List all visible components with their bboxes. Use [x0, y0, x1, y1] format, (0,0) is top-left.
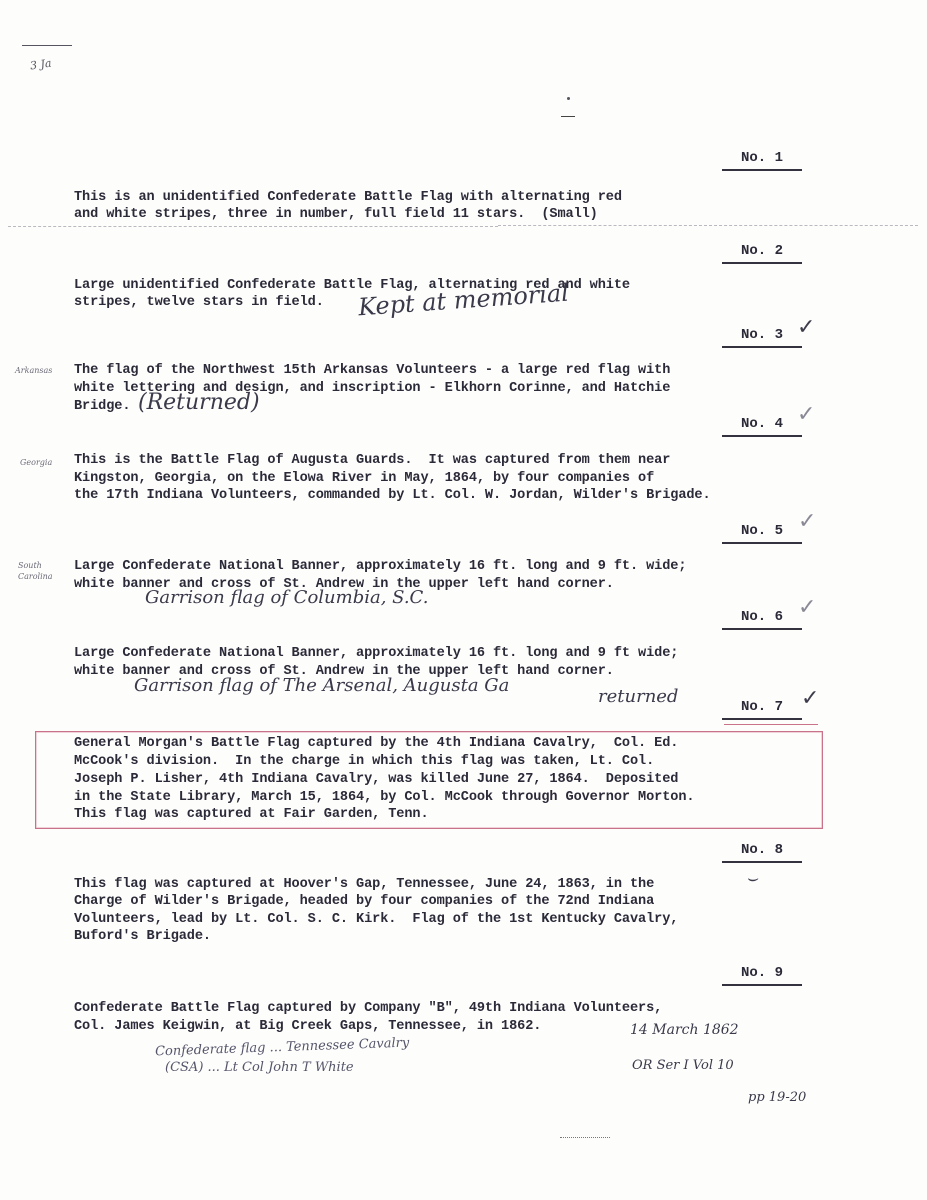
entry-3-handwritten-note: (Returned): [138, 390, 260, 415]
entry-2-line-2: stripes, twelve stars in field.: [74, 294, 324, 312]
entry-4-line-3: the 17th Indiana Volunteers, commanded b…: [74, 487, 711, 505]
entry-7-line-2: McCook's division. In the charge in whic…: [74, 753, 654, 771]
entry-5-handwritten-note: Garrison flag of Columbia, S.C.: [145, 587, 428, 608]
entry-6-handwritten-note-2: returned: [598, 686, 678, 707]
entry-9-handwritten-note: Confederate flag ... Tennessee Cavalry: [155, 1036, 410, 1060]
entry-4-line-2: Kingston, Georgia, on the Elowa River in…: [74, 470, 654, 488]
entry-5-line-1: Large Confederate National Banner, appro…: [74, 558, 686, 576]
entry-4-line-1: This is the Battle Flag of Augusta Guard…: [74, 452, 670, 470]
section-divider: [8, 226, 498, 227]
red-underline: [724, 724, 818, 725]
entry-number-4: No. 4: [722, 416, 802, 437]
entry-5-margin-note: South Carolina: [18, 560, 48, 582]
entry-7-line-3: Joseph P. Lisher, 4th Indiana Cavalry, w…: [74, 771, 678, 789]
entry-number-7: No. 7: [722, 699, 802, 720]
center-dash: [561, 116, 575, 117]
checkmark-icon: ✓: [797, 405, 815, 425]
entry-4-margin-note: Georgia: [20, 458, 52, 467]
entry-number-3: No. 3: [722, 327, 802, 348]
entry-9-side-note-3: pp 19-20: [748, 1090, 806, 1105]
entry-1-line-2: and white stripes, three in number, full…: [74, 206, 598, 224]
checkmark-icon: ✓: [801, 689, 819, 709]
entry-3-line-3: Bridge.: [74, 398, 130, 416]
entry-7-line-4: in the State Library, March 15, 1864, by…: [74, 789, 694, 807]
entry-number-1: No. 1: [722, 150, 802, 171]
entry-7-line-1: General Morgan's Battle Flag captured by…: [74, 735, 678, 753]
entry-9-line-2: Col. James Keigwin, at Big Creek Gaps, T…: [74, 1018, 541, 1036]
entry-8-line-4: Buford's Brigade.: [74, 928, 211, 946]
entry-9-side-note-1: 14 March 1862: [630, 1022, 739, 1038]
entry-number-6: No. 6: [722, 609, 802, 630]
top-left-rule: [22, 45, 72, 46]
checkmark-icon: ✓: [797, 318, 815, 338]
entry-3-margin-note: Arkansas: [15, 366, 52, 375]
entry-8-line-3: Volunteers, lead by Lt. Col. S. C. Kirk.…: [74, 911, 678, 929]
speck: [567, 97, 570, 100]
entry-8-hook-mark: ⌣: [746, 868, 758, 889]
entry-8-line-1: This flag was captured at Hoover's Gap, …: [74, 876, 654, 894]
top-left-annotation: 3 Ja: [29, 57, 52, 73]
entry-6-line-1: Large Confederate National Banner, appro…: [74, 645, 678, 663]
entry-number-8: No. 8: [722, 842, 802, 863]
entry-8-line-2: Charge of Wilder's Brigade, headed by fo…: [74, 893, 654, 911]
entry-number-2: No. 2: [722, 243, 802, 264]
entry-9-line-1: Confederate Battle Flag captured by Comp…: [74, 1000, 662, 1018]
checkmark-icon: ✓: [798, 512, 816, 532]
checkmark-icon: ✓: [798, 598, 816, 618]
section-divider: [498, 225, 918, 226]
entry-9-handwritten-note-2: (CSA) ... Lt Col John T White: [165, 1060, 354, 1075]
entry-7-line-5: This flag was captured at Fair Garden, T…: [74, 806, 429, 824]
entry-number-5: No. 5: [722, 523, 802, 544]
entry-9-side-note-2: OR Ser I Vol 10: [632, 1058, 734, 1073]
bottom-dash: [560, 1137, 610, 1138]
entry-number-9: No. 9: [722, 965, 802, 986]
entry-6-handwritten-note: Garrison flag of The Arsenal, Augusta Ga: [134, 675, 509, 696]
entry-3-line-1: The flag of the Northwest 15th Arkansas …: [74, 362, 670, 380]
entry-1-line-1: This is an unidentified Confederate Batt…: [74, 189, 622, 207]
